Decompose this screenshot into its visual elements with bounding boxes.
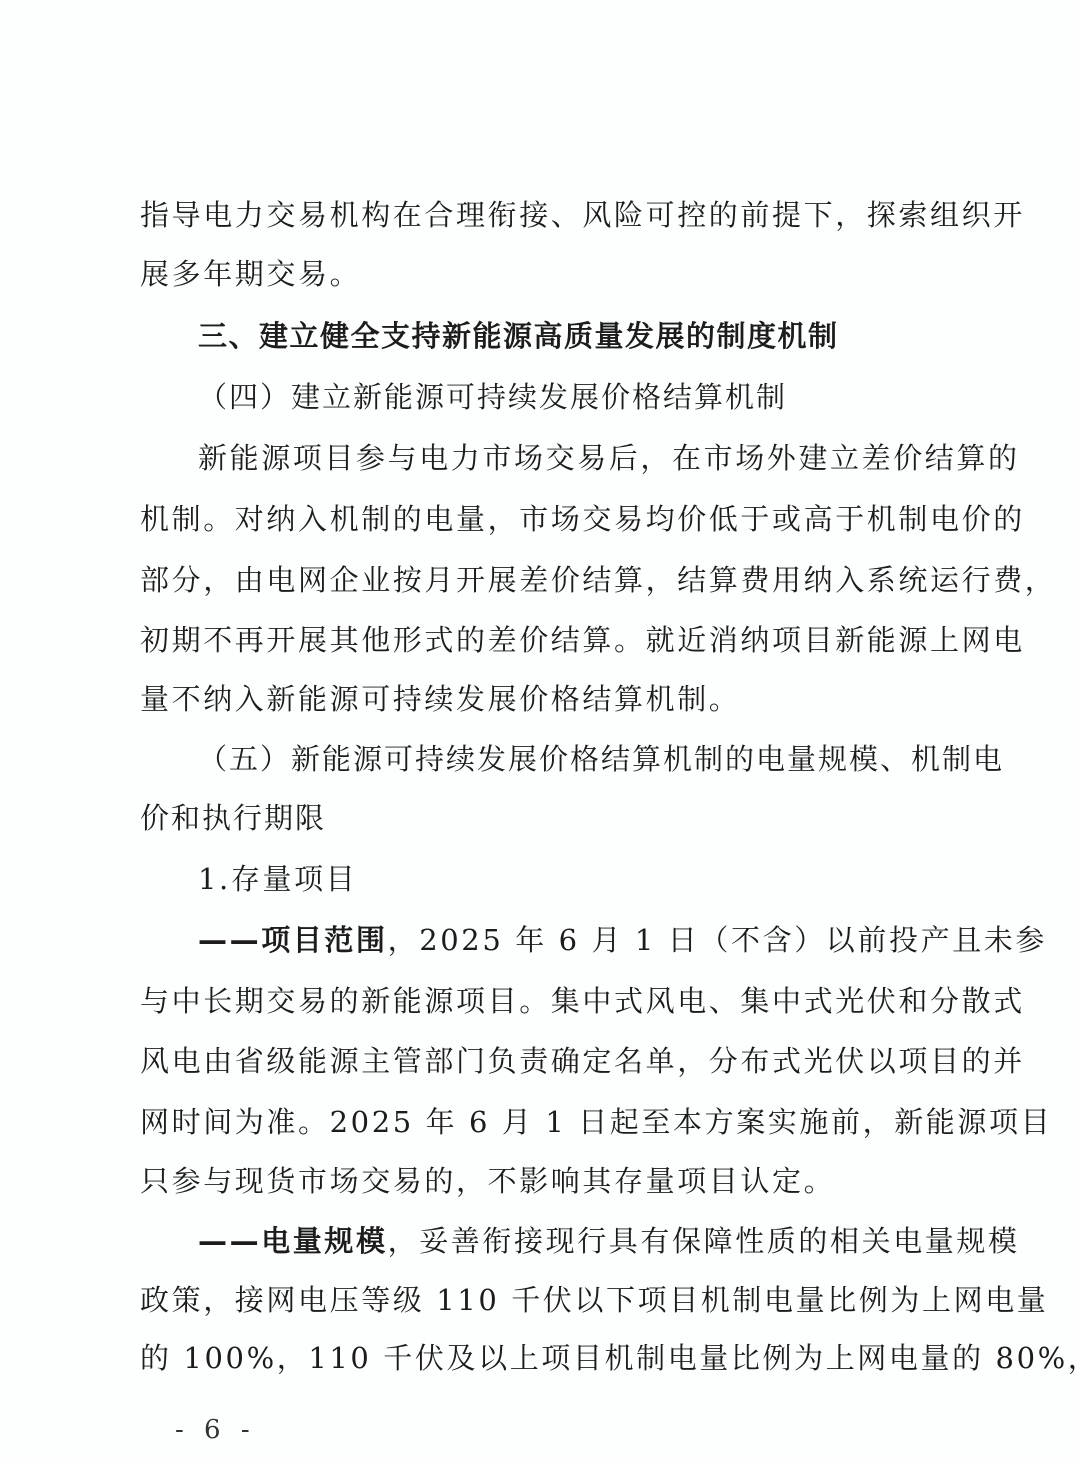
document-page: 指导电力交易机构在合理衔接、风险可控的前提下，探索组织开 展多年期交易。 三、建…	[0, 0, 1080, 1460]
body-text-line: 的 100%，110 千伏及以上项目机制电量比例为上网电量的 80%，	[140, 1339, 965, 1377]
page-number: - 6 -	[175, 1415, 256, 1445]
body-text-line: 与中长期交易的新能源项目。集中式风电、集中式光伏和分散式	[140, 982, 965, 1020]
body-text-line: 初期不再开展其他形式的差价结算。就近消纳项目新能源上网电	[140, 621, 965, 659]
body-text-line: 政策，接网电压等级 110 千伏以下项目机制电量比例为上网电量	[140, 1281, 965, 1319]
section-heading: 三、建立健全支持新能源高质量发展的制度机制	[198, 317, 965, 355]
body-text-line: 机制。对纳入机制的电量，市场交易均价低于或高于机制电价的	[140, 500, 965, 538]
bold-lead: ——电量规模	[198, 1224, 388, 1258]
body-text-line: 网时间为准。2025 年 6 月 1 日起至本方案实施前，新能源项目	[140, 1103, 965, 1141]
body-text-line: 只参与现货市场交易的，不影响其存量项目认定。	[140, 1162, 965, 1200]
body-text-line: 指导电力交易机构在合理衔接、风险可控的前提下，探索组织开	[140, 196, 965, 234]
bold-lead: ——项目范围	[198, 923, 388, 957]
body-text-line: ——电量规模，妥善衔接现行具有保障性质的相关电量规模	[198, 1222, 965, 1260]
body-text-line: 风电由省级能源主管部门负责确定名单，分布式光伏以项目的并	[140, 1042, 965, 1080]
body-text-line: 新能源项目参与电力市场交易后，在市场外建立差价结算的	[198, 439, 965, 477]
body-text-line: 部分，由电网企业按月开展差价结算，结算费用纳入系统运行费，	[140, 561, 965, 599]
subsection-heading: 价和执行期限	[140, 799, 965, 837]
body-text-line: ——项目范围，2025 年 6 月 1 日（不含）以前投产且未参	[198, 921, 965, 959]
subsection-heading: （五）新能源可持续发展价格结算机制的电量规模、机制电	[198, 740, 965, 778]
body-text-line: 展多年期交易。	[140, 255, 965, 293]
body-text-line: 量不纳入新能源可持续发展价格结算机制。	[140, 680, 965, 718]
subsection-heading: （四）建立新能源可持续发展价格结算机制	[198, 378, 965, 416]
list-item-title: 1.存量项目	[198, 860, 965, 898]
